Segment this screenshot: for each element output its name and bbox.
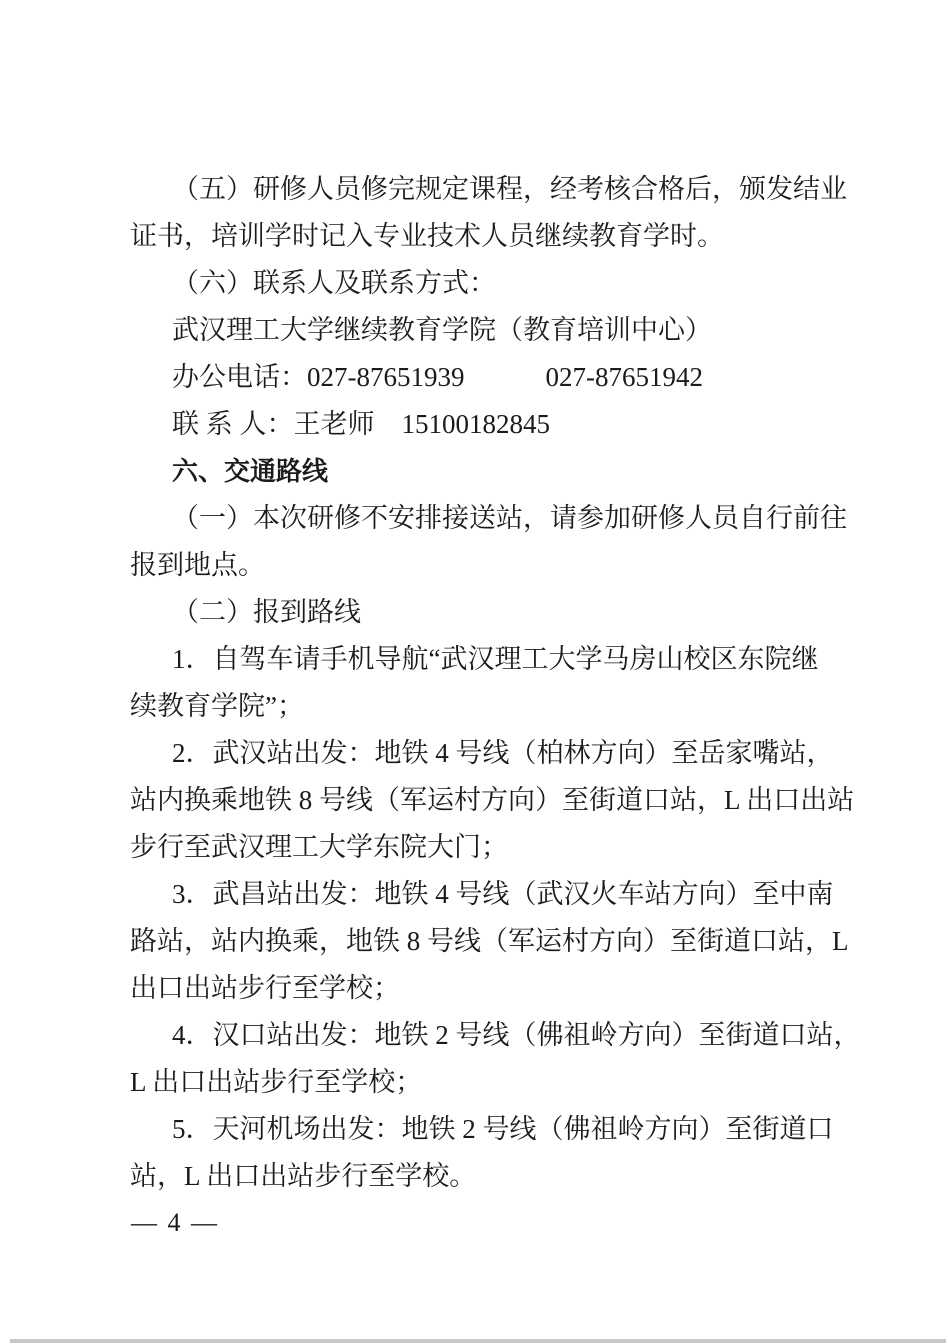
page-edge-strip	[10, 1339, 946, 1343]
text-line: （二）报到路线	[130, 589, 822, 636]
text-line: （六）联系人及联系方式：	[130, 260, 822, 307]
page-number: — 4 —	[131, 1208, 219, 1238]
text-line: 办公电话：027-87651939 027-87651942	[130, 354, 822, 401]
text-line: 3．武昌站出发：地铁 4 号线（武汉火车站方向）至中南	[130, 871, 822, 918]
text-line: （一）本次研修不安排接送站，请参加研修人员自行前往	[130, 495, 822, 542]
text-line: 2．武汉站出发：地铁 4 号线（柏林方向）至岳家嘴站，	[130, 730, 822, 777]
text-line: （五）研修人员修完规定课程，经考核合格后，颁发结业	[130, 166, 822, 213]
text-line: 武汉理工大学继续教育学院（教育培训中心）	[130, 307, 822, 354]
section-heading: 六、交通路线	[130, 448, 822, 495]
text-line: 步行至武汉理工大学东院大门；	[130, 824, 822, 871]
text-line: 站，L 出口出站步行至学校。	[130, 1153, 822, 1200]
text-line: 站内换乘地铁 8 号线（军运村方向）至街道口站，L 出口出站	[130, 777, 822, 824]
text-line: 1．自驾车请手机导航“武汉理工大学马房山校区东院继	[130, 636, 822, 683]
text-line: 联 系 人：王老师 15100182845	[130, 401, 822, 448]
document-page: （五）研修人员修完规定课程，经考核合格后，颁发结业证书，培训学时记入专业技术人员…	[0, 0, 948, 1344]
text-line: 5．天河机场出发：地铁 2 号线（佛祖岭方向）至街道口	[130, 1106, 822, 1153]
text-line: 证书，培训学时记入专业技术人员继续教育学时。	[130, 213, 822, 260]
text-line: 出口出站步行至学校；	[130, 965, 822, 1012]
text-line: L 出口出站步行至学校；	[130, 1059, 822, 1106]
document-body: （五）研修人员修完规定课程，经考核合格后，颁发结业证书，培训学时记入专业技术人员…	[130, 166, 822, 1200]
text-line: 4．汉口站出发：地铁 2 号线（佛祖岭方向）至街道口站，	[130, 1012, 822, 1059]
text-line: 路站，站内换乘，地铁 8 号线（军运村方向）至街道口站，L	[130, 918, 822, 965]
text-line: 续教育学院”；	[130, 683, 822, 730]
text-line: 报到地点。	[130, 542, 822, 589]
